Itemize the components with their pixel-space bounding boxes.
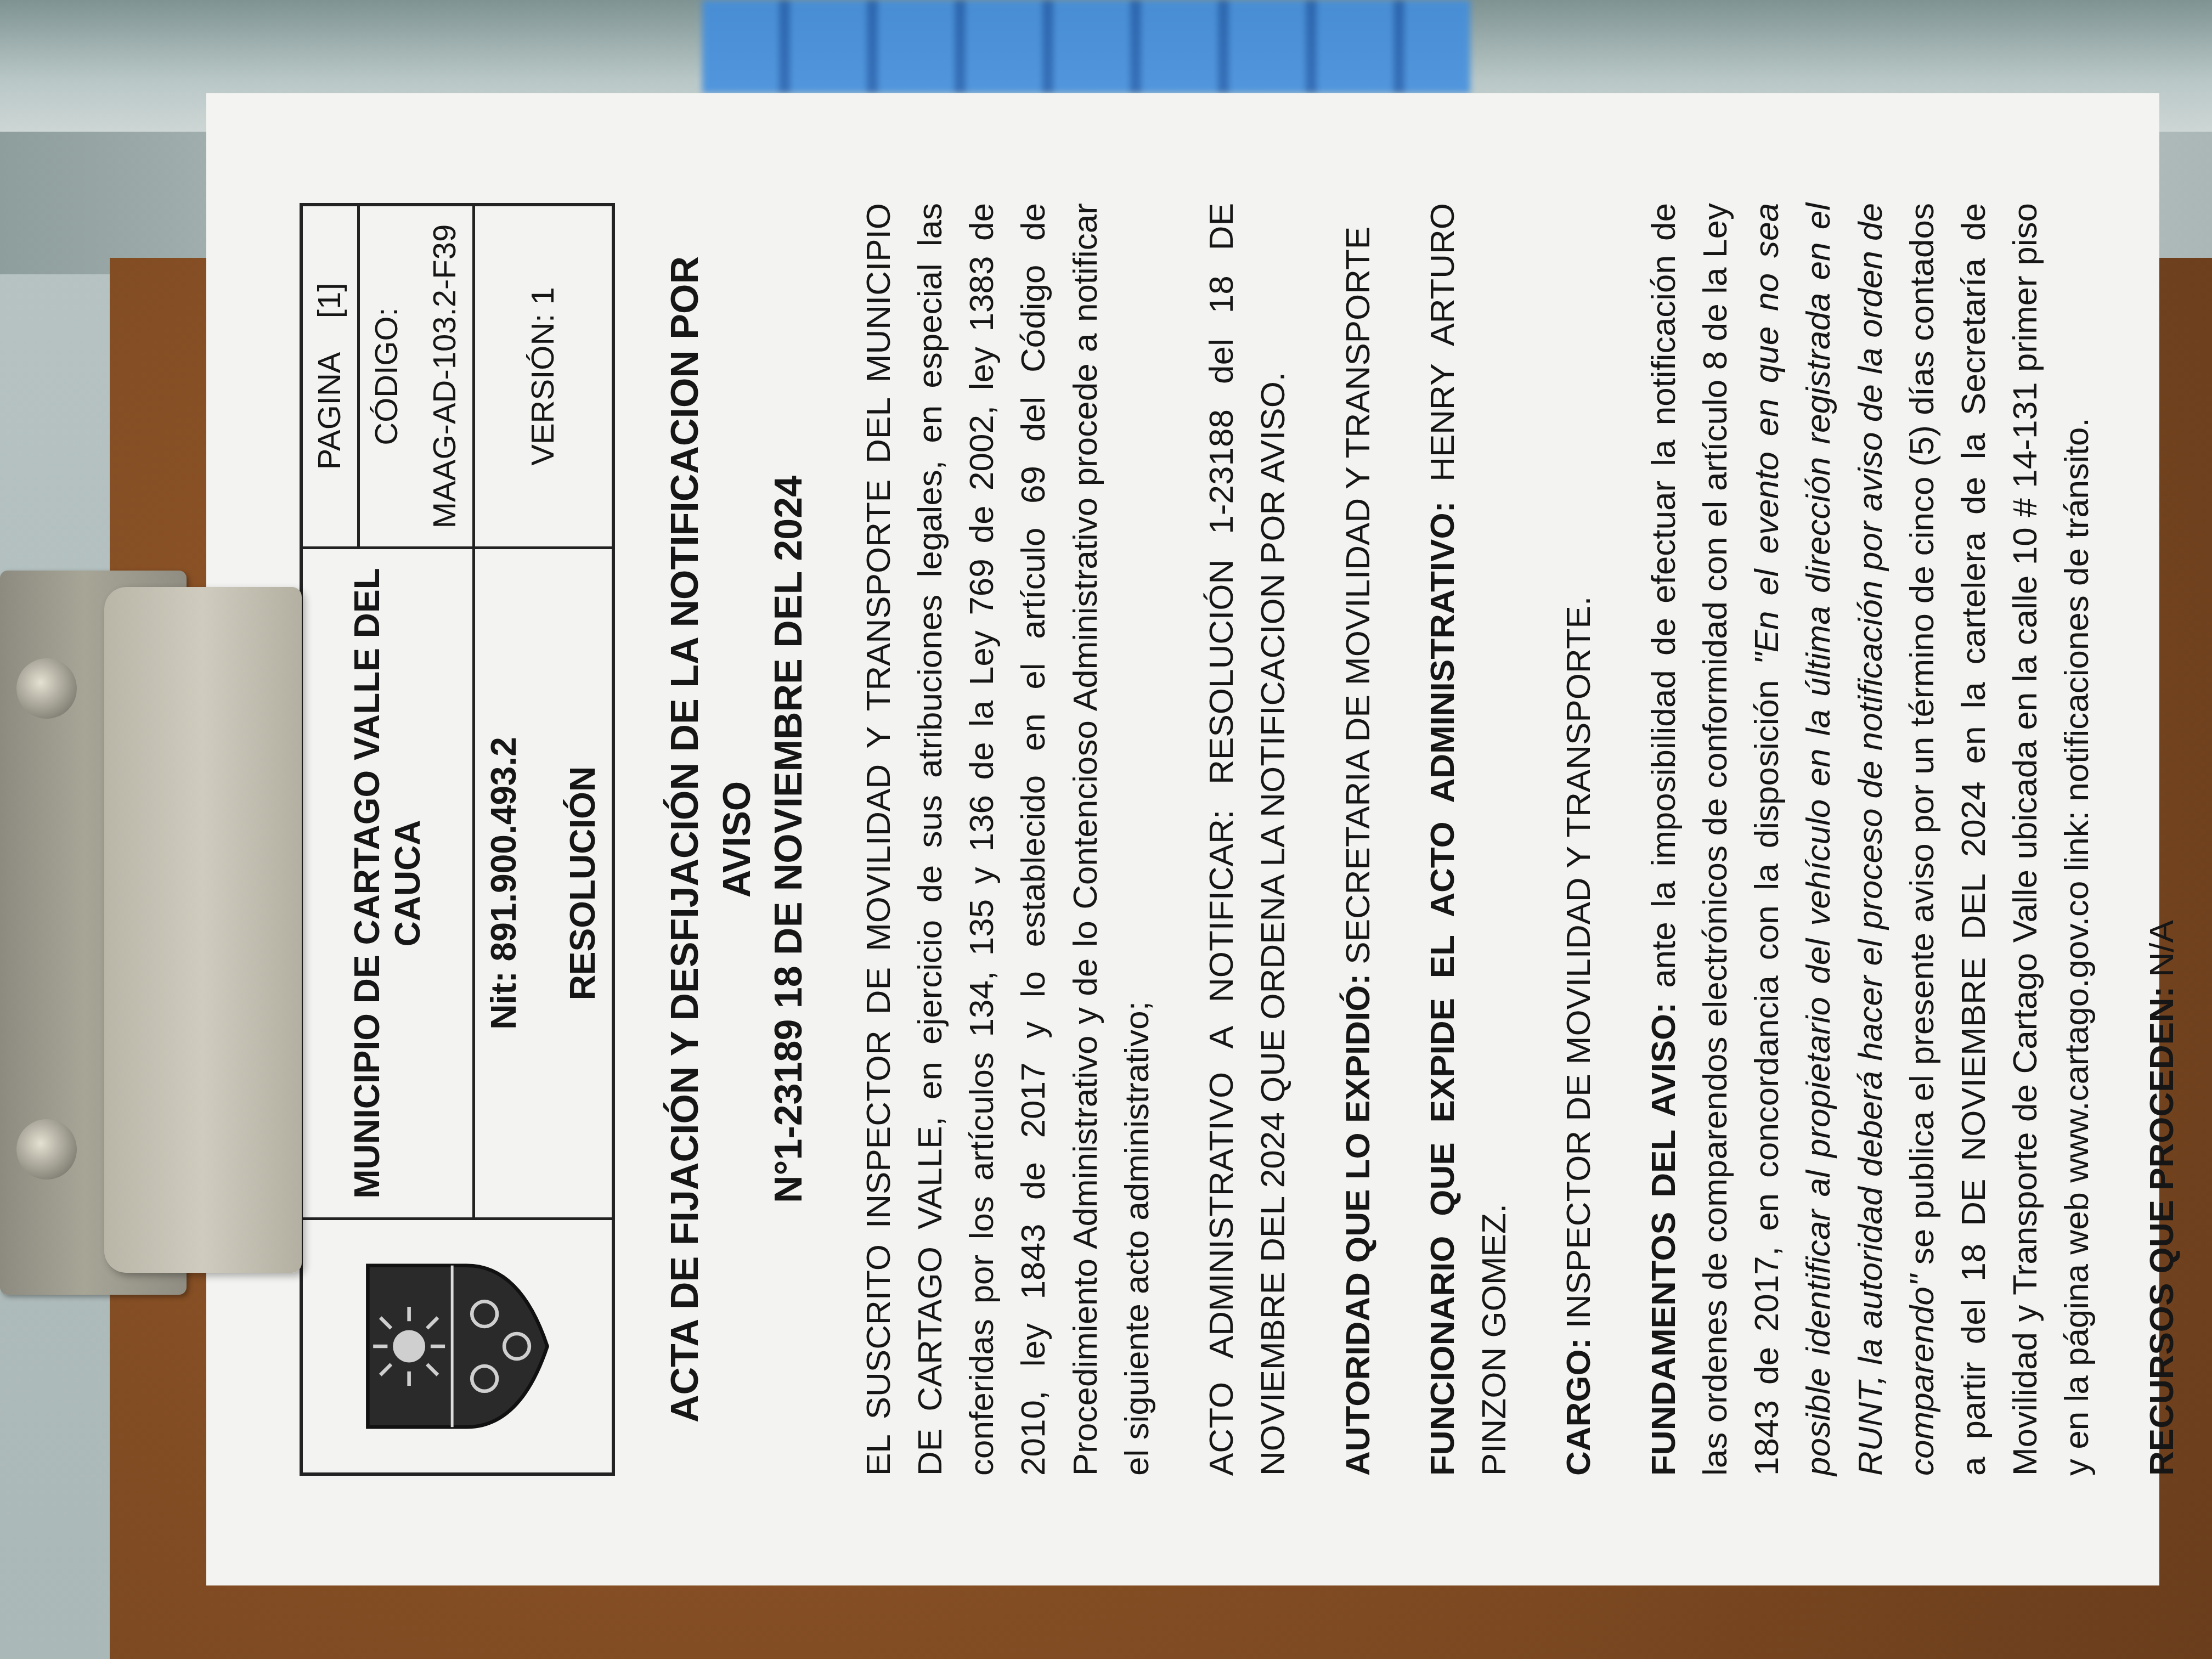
page-cell: PAGINA [1] bbox=[301, 205, 358, 548]
cargo-value: INSPECTOR DE MOVILIDAD Y TRANSPORTE. bbox=[1560, 596, 1598, 1338]
title-line2: N°1-23189 18 DE NOVIEMBRE DEL 2024 bbox=[763, 203, 815, 1476]
code-value: MAAG-AD-103.2-F39 bbox=[427, 212, 464, 541]
recursos-value: N/A bbox=[2143, 920, 2181, 986]
document-page: MUNICIPIO DE CARTAGO VALLE DEL CAUCA PAG… bbox=[206, 93, 2159, 1585]
entity-name-line1: MUNICIPIO DE CARTAGO VALLE DEL bbox=[347, 555, 388, 1212]
nit-value: Nit: 891.900.493.2 bbox=[484, 555, 524, 1212]
funcionario-label: FUNCIONARIO QUE EXPIDE EL ACTO ADMINISTR… bbox=[1424, 501, 1462, 1476]
autoridad-label: AUTORIDAD QUE LO EXPIDIÓ: bbox=[1339, 974, 1377, 1476]
autoridad-paragraph: AUTORIDAD QUE LO EXPIDIÓ: SECRETARIA DE … bbox=[1333, 203, 1384, 1476]
cargo-label: CARGO: bbox=[1560, 1338, 1598, 1476]
recursos-paragraph: RECURSOS QUE PROCEDEN: N/A bbox=[2136, 203, 2188, 1476]
cargo-paragraph: CARGO: INSPECTOR DE MOVILIDAD Y TRANSPOR… bbox=[1553, 203, 1605, 1476]
code-label: CÓDIGO: bbox=[369, 212, 405, 541]
page-number: [1] bbox=[312, 283, 347, 319]
recursos-label: RECURSOS QUE PROCEDEN: bbox=[2143, 986, 2181, 1476]
doc-type: RESOLUCIÓN bbox=[563, 555, 603, 1212]
document-title: ACTA DE FIJACIÓN Y DESFIJACIÓN DE LA NOT… bbox=[659, 203, 815, 1476]
background-blue-light bbox=[702, 0, 1470, 93]
fundamentos-paragraph: FUNDAMENTOS DEL AVISO: ante la imposibil… bbox=[1638, 203, 2103, 1476]
version-value: VERSIÓN: 1 bbox=[525, 287, 561, 466]
code-cell: CÓDIGO: MAAG-AD-103.2-F39 bbox=[358, 205, 473, 548]
page-label: PAGINA bbox=[312, 354, 347, 470]
title-line1: ACTA DE FIJACIÓN Y DESFIJACIÓN DE LA NOT… bbox=[659, 203, 763, 1476]
document-header-table: MUNICIPIO DE CARTAGO VALLE DEL CAUCA PAG… bbox=[300, 203, 615, 1476]
entity-name-cell: MUNICIPIO DE CARTAGO VALLE DEL CAUCA bbox=[301, 548, 474, 1219]
clip-rivet-icon bbox=[16, 1119, 77, 1180]
autoridad-value: SECRETARIA DE MOVILIDAD Y TRANSPORTE bbox=[1339, 227, 1377, 974]
clipboard-clip-lever bbox=[104, 587, 302, 1273]
logo-cell bbox=[301, 1219, 613, 1475]
funcionario-paragraph: FUNCIONARIO QUE EXPIDE EL ACTO ADMINISTR… bbox=[1417, 203, 1520, 1476]
entity-name-line2: CAUCA bbox=[388, 555, 428, 1212]
doc-type-cell: Nit: 891.900.493.2 RESOLUCIÓN bbox=[474, 548, 614, 1219]
clip-rivet-icon bbox=[16, 658, 77, 719]
fundamentos-label: FUNDAMENTOS DEL AVISO: bbox=[1645, 1002, 1683, 1476]
acto-paragraph: ACTO ADMINISTRATIVO A NOTIFICAR: RESOLUC… bbox=[1196, 203, 1299, 1476]
version-cell: VERSIÓN: 1 bbox=[474, 205, 614, 548]
coat-of-arms-icon bbox=[359, 1256, 556, 1437]
intro-paragraph: EL SUSCRITO INSPECTOR DE MOVILIDAD Y TRA… bbox=[853, 203, 1163, 1476]
